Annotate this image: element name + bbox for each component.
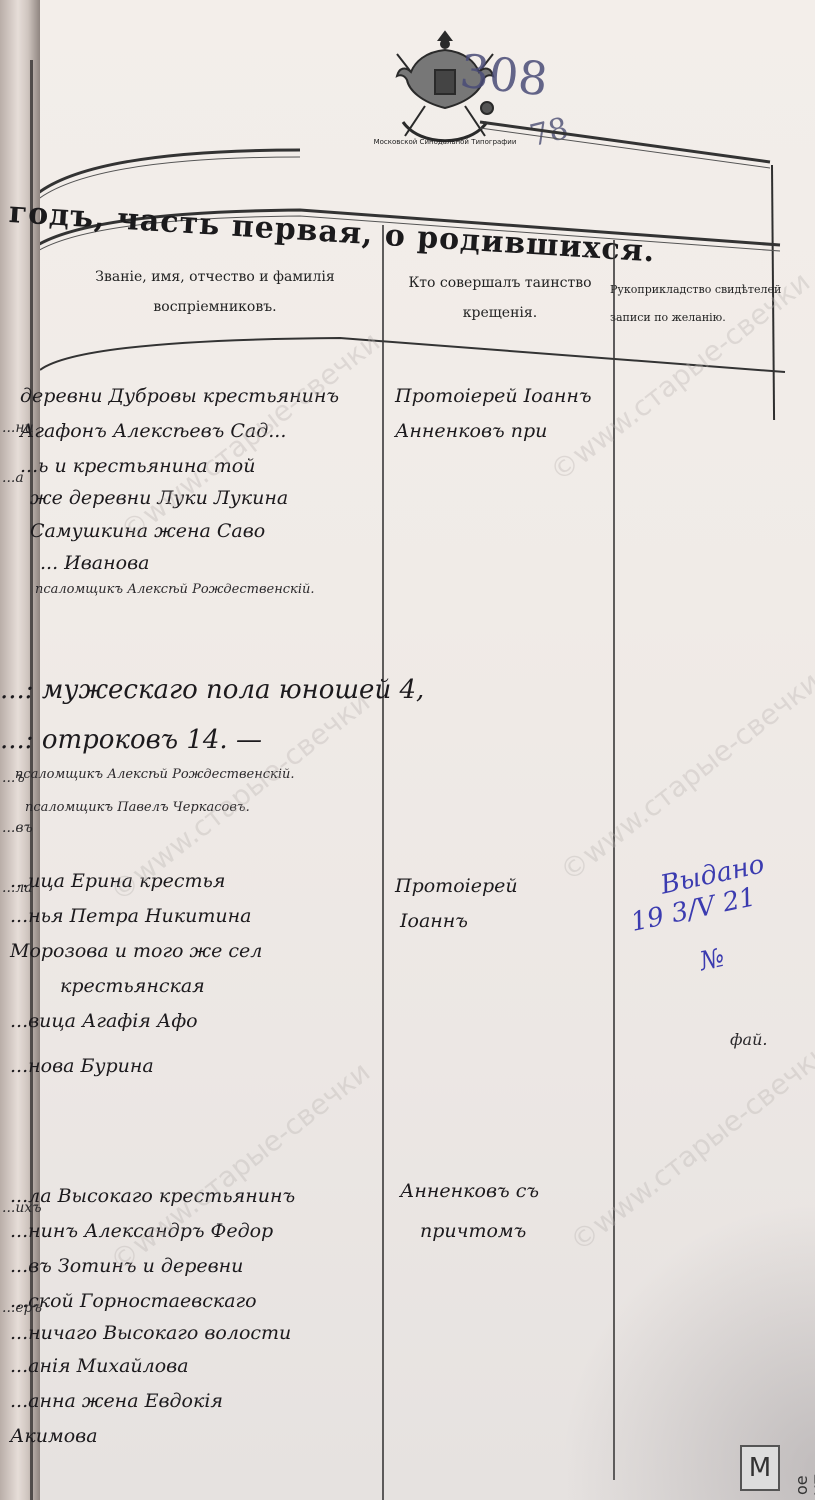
facing-page-fragment: ...ни bbox=[2, 420, 34, 436]
godparent-line: ...ица Ерина крестья bbox=[10, 870, 225, 892]
godparent-line: ...ской Горностаевскаго bbox=[10, 1290, 257, 1312]
facing-page-fragment: ...ихъ bbox=[2, 1200, 42, 1216]
facing-page-fragment: ...ъ bbox=[2, 770, 25, 786]
archive-stamp-box: М bbox=[740, 1445, 780, 1491]
godparent-line: крестьянская bbox=[60, 975, 205, 997]
margin-note: фай. bbox=[730, 1030, 767, 1049]
godparent-line: ...нинъ Александръ Федор bbox=[10, 1220, 273, 1242]
summary-line: псаломщикъ Павелъ Черкасовъ. bbox=[25, 800, 250, 815]
godparent-line: ... Иванова bbox=[40, 552, 149, 574]
godparent-line: Морозова и того же сел bbox=[10, 940, 262, 962]
officiant-line: Іоаннъ bbox=[400, 910, 468, 932]
column-header-officiant: Кто совершалъ таинство крещенія. bbox=[390, 268, 610, 328]
facing-page-fragment: ...еръ bbox=[2, 1300, 42, 1316]
blue-ink-annotation: № bbox=[697, 943, 727, 977]
godparent-line: ...вица Агафія Афо bbox=[10, 1010, 198, 1032]
godparent-line: ...анія Михайлова bbox=[10, 1355, 189, 1377]
column-header-godparents: Званіе, имя, отчество и фамилія воспріем… bbox=[50, 262, 380, 322]
godparent-line: ...нья Петра Никитина bbox=[10, 905, 251, 927]
officiant-line: Протоіерей bbox=[395, 875, 518, 897]
watermark: ©www.старые-свечки bbox=[554, 665, 815, 888]
godparent-line: Агафонъ Алексѣевъ Сад... bbox=[20, 420, 286, 442]
register-page: Московской Синодальной Типографии 308 78… bbox=[40, 0, 815, 1500]
column-header-witness-signatures: Рукоприкладство свидѣтелей записи по жел… bbox=[610, 276, 795, 332]
godparent-line: деревни Дубровы крестьянинъ bbox=[20, 385, 339, 407]
officiant-line: Анненковъ съ bbox=[400, 1180, 539, 1202]
facing-page-fragment: ...а bbox=[2, 470, 24, 486]
godparent-line: ...анна жена Евдокія bbox=[10, 1390, 223, 1412]
watermark: ©www.старые-свечки bbox=[104, 1055, 376, 1278]
godparent-line: ...ла Высокаго крестьянинъ bbox=[10, 1185, 295, 1207]
godparent-line: же деревни Луки Лукина bbox=[30, 487, 288, 509]
godparent-line: псаломщикъ Алексѣй Рождественскій. bbox=[35, 582, 315, 597]
archive-stamp-text: ое УП bbox=[792, 1472, 815, 1495]
godparent-line: Акимова bbox=[10, 1425, 98, 1447]
godparent-line: ...ничаго Высокаго волости bbox=[10, 1322, 291, 1344]
column-divider-1 bbox=[382, 225, 384, 1500]
godparent-line: ...въ Зотинъ и деревни bbox=[10, 1255, 243, 1277]
godparent-line: Самушкина жена Саво bbox=[30, 520, 265, 542]
summary-line: ...: отроковъ 14. — bbox=[0, 725, 262, 755]
officiant-line: Протоіерей Іоаннъ bbox=[395, 385, 592, 407]
summary-line: псаломщикъ Алексѣй Рождественскій. bbox=[15, 767, 295, 782]
summary-line: ...: мужескаго пола юношей 4, bbox=[0, 675, 424, 705]
godparent-line: ...нова Бурина bbox=[10, 1055, 154, 1077]
officiant-line: причтомъ bbox=[420, 1220, 526, 1242]
facing-page-fragment: ...ла bbox=[2, 880, 33, 896]
officiant-line: Анненковъ при bbox=[395, 420, 547, 442]
facing-page-fragment: ...въ bbox=[2, 820, 33, 836]
godparent-line: ...ь и крестьянина той bbox=[20, 455, 255, 477]
